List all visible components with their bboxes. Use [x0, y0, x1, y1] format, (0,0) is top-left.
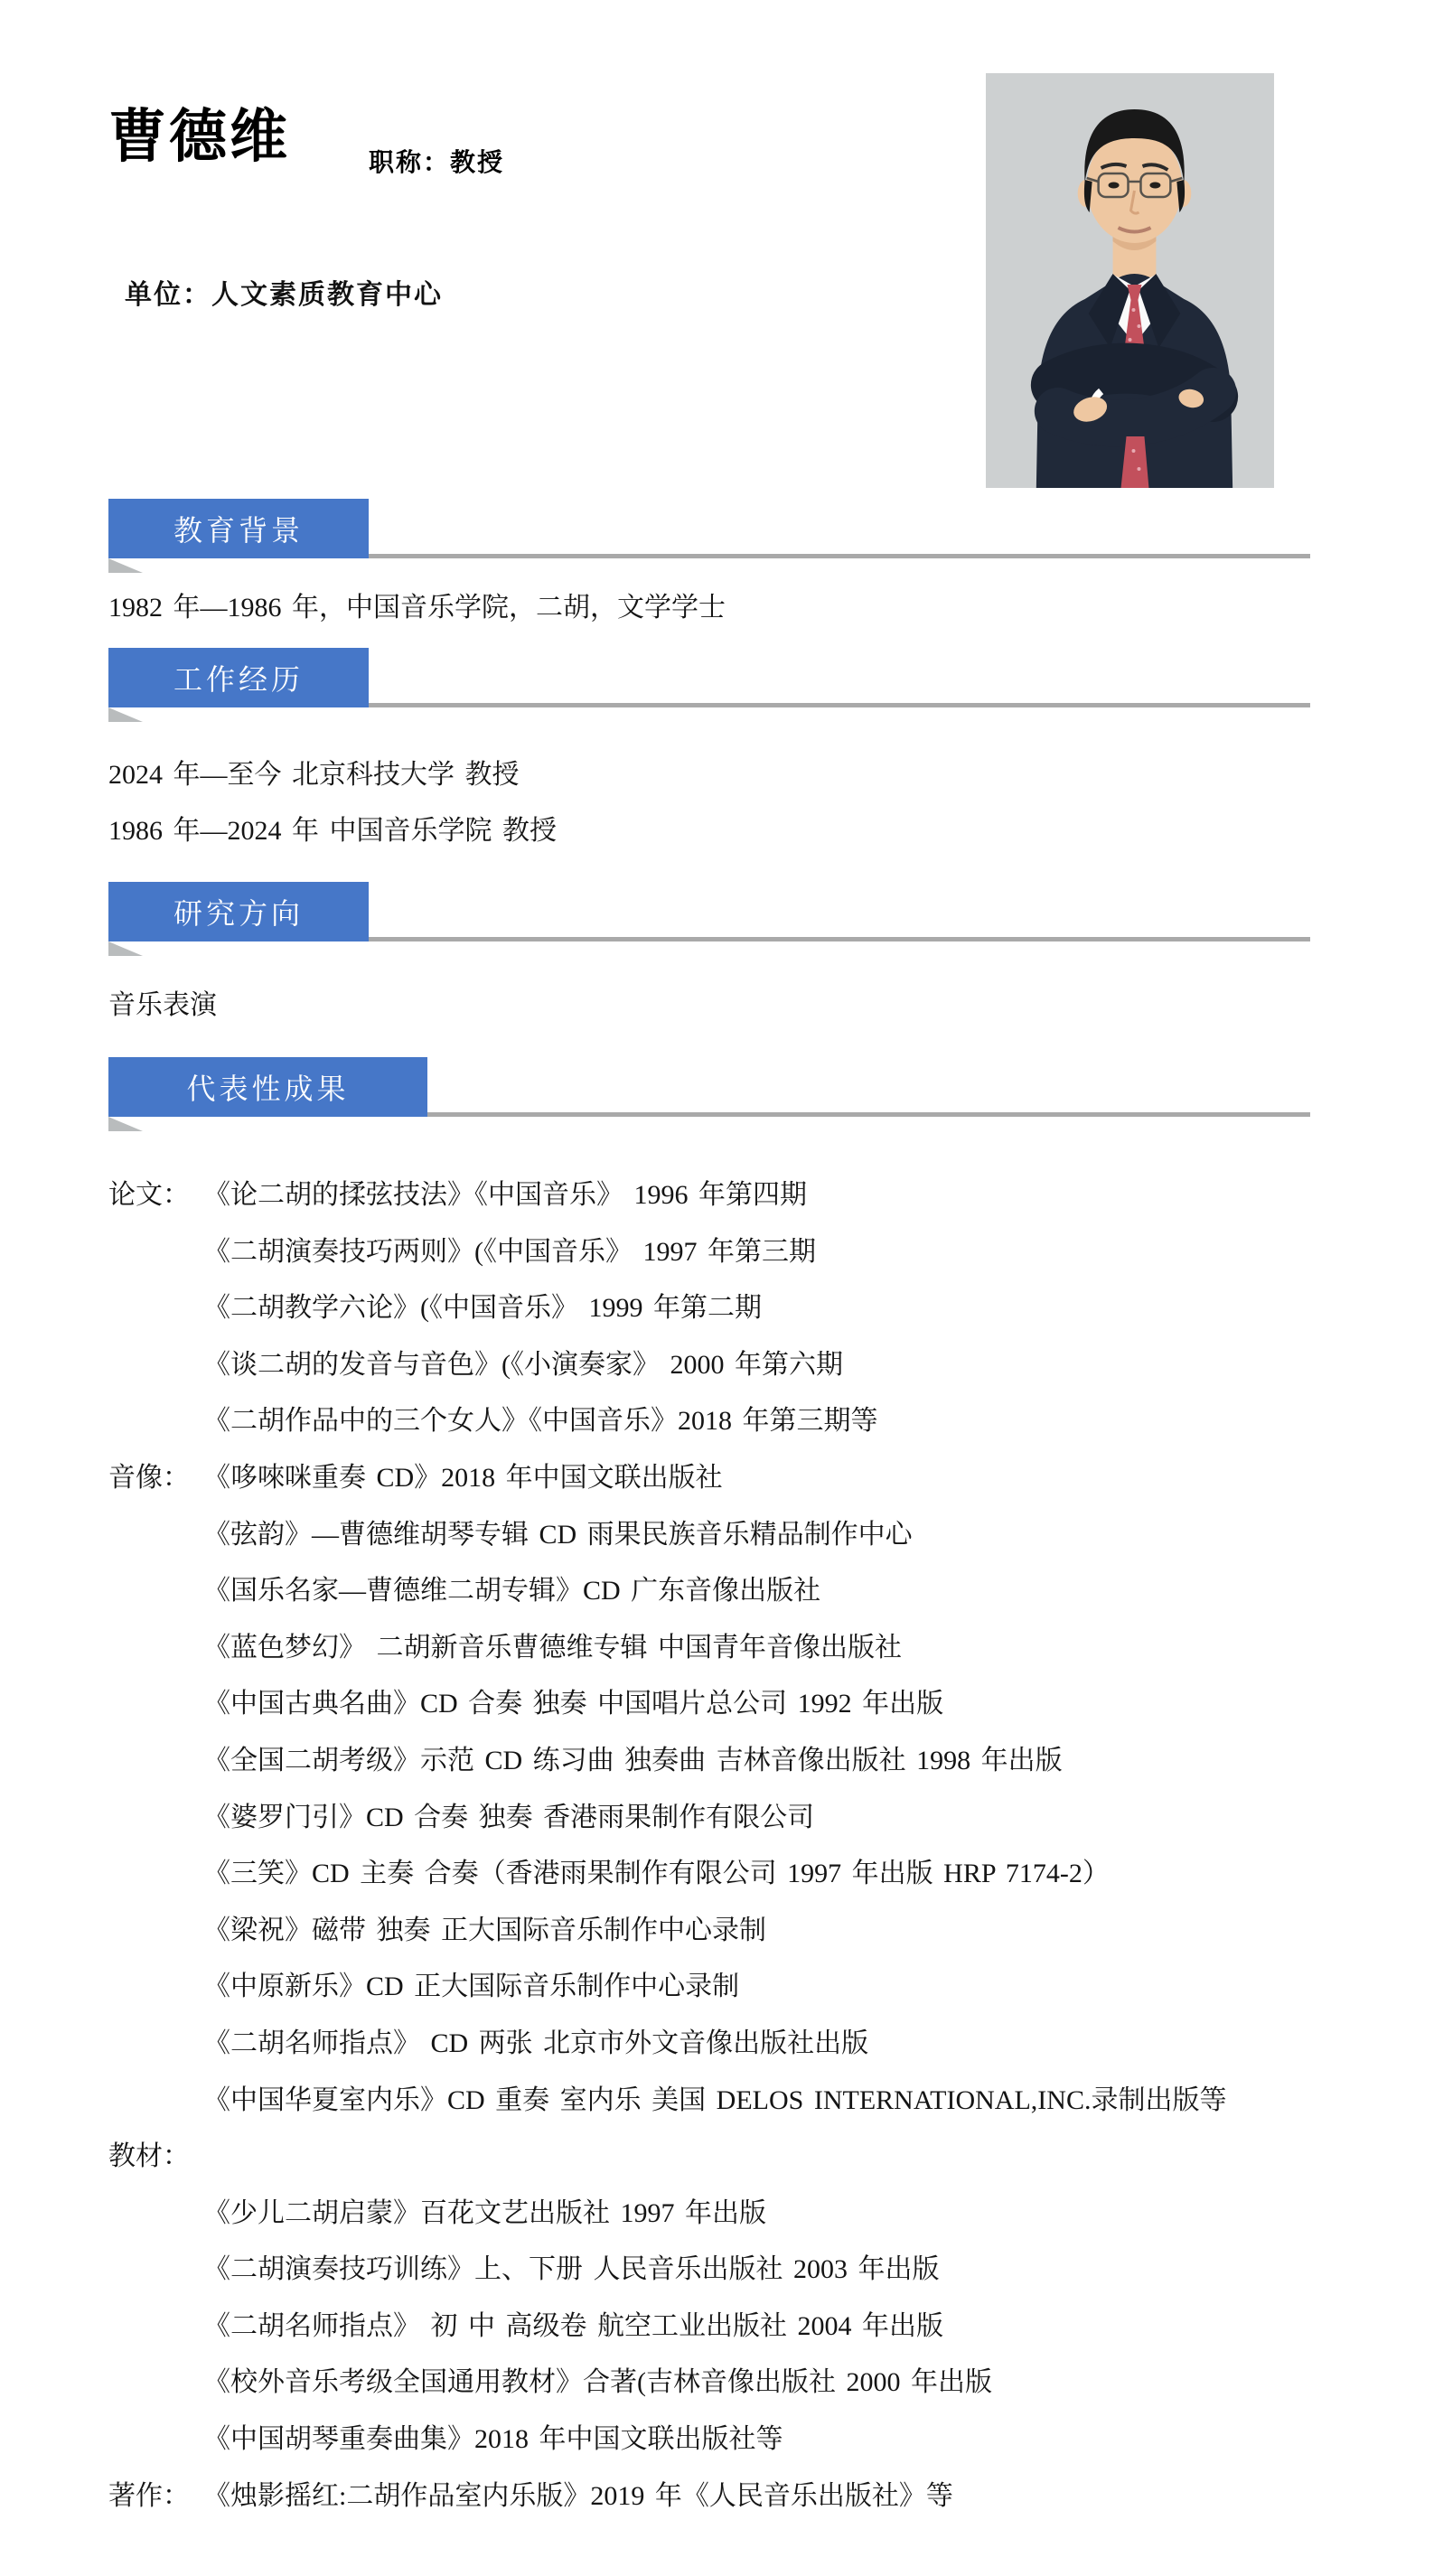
section-heading: 工作经历	[173, 657, 304, 698]
line-text: 《二胡名师指点》 CD 两张 北京市外文音像出版社出版	[203, 2028, 868, 2058]
section-banner: 工作经历	[108, 648, 1310, 707]
content-line: 2024 年—至今 北京科技大学 教授	[108, 759, 1337, 815]
content-line: 《二胡演奏技巧训练》上、下册 人民音乐出版社 2003 年出版	[108, 2253, 1337, 2310]
section-heading: 教育背景	[173, 508, 304, 549]
category-label: 教材：	[108, 2140, 203, 2173]
section-banner: 研究方向	[108, 882, 1310, 941]
corner-fold-icon	[108, 558, 143, 573]
corner-fold-icon	[108, 941, 143, 956]
content-line: 《二胡作品中的三个女人》《中国音乐》2018 年第三期等	[108, 1405, 1337, 1462]
section-heading: 研究方向	[173, 891, 304, 932]
line-text: 《婆罗门引》CD 合奏 独奏 香港雨果制作有限公司	[203, 1803, 814, 1832]
line-text: 1982 年—1986 年，中国音乐学院，二胡，文学学士	[108, 593, 726, 623]
line-text: 《三笑》CD 主奏 合奏（香港雨果制作有限公司 1997 年出版 HRP 717…	[203, 1859, 1110, 1888]
content-line: 《少儿二胡启蒙》百花文艺出版社 1997 年出版	[108, 2197, 1337, 2254]
line-text: 《少儿二胡启蒙》百花文艺出版社 1997 年出版	[203, 2198, 766, 2228]
line-text: 《二胡演奏技巧两则》(《中国音乐》 1997 年第三期	[203, 1237, 816, 1267]
content-line: 《中国华夏室内乐》CD 重奏 室内乐 美国 DELOS INTERNATIONA…	[108, 2084, 1337, 2141]
content-line: 1986 年—2024 年 中国音乐学院 教授	[108, 815, 1337, 871]
banner-bar: 工作经历	[108, 648, 369, 707]
line-text: 《校外音乐考级全国通用教材》合著(吉林音像出版社 2000 年出版	[203, 2367, 992, 2397]
content-line: 音像：《哆唻咪重奏 CD》2018 年中国文联出版社	[108, 1462, 1337, 1519]
content-line: 《蓝色梦幻》 二胡新音乐曹德维专辑 中国青年音像出版社	[108, 1632, 1337, 1689]
line-text: 《国乐名家—曹德维二胡专辑》CD 广东音像出版社	[203, 1576, 820, 1606]
content-line: 《婆罗门引》CD 合奏 独奏 香港雨果制作有限公司	[108, 1802, 1337, 1859]
person-name: 曹德维	[108, 105, 290, 168]
line-text: 《二胡作品中的三个女人》《中国音乐》2018 年第三期等	[203, 1406, 878, 1436]
line-text: 《谈二胡的发音与音色》(《小演奏家》 2000 年第六期	[203, 1350, 843, 1380]
line-text: 《烛影摇红:二胡作品室内乐版》2019 年《人民音乐出版社》等	[203, 2481, 953, 2511]
section-content: 论文：《论二胡的揉弦技法》《中国音乐》 1996 年第四期《二胡演奏技巧两则》(…	[108, 1179, 1337, 2536]
line-text: 《全国二胡考级》示范 CD 练习曲 独奏曲 吉林音像出版社 1998 年出版	[203, 1746, 1063, 1775]
line-text: 《中国古典名曲》CD 合奏 独奏 中国唱片总公司 1992 年出版	[203, 1689, 943, 1719]
content-line: 教材：	[108, 2140, 1337, 2197]
content-line: 《校外音乐考级全国通用教材》合著(吉林音像出版社 2000 年出版	[108, 2366, 1337, 2423]
content-line: 《三笑》CD 主奏 合奏（香港雨果制作有限公司 1997 年出版 HRP 717…	[108, 1858, 1337, 1915]
banner-bar: 教育背景	[108, 499, 369, 558]
line-text: 《哆唻咪重奏 CD》2018 年中国文联出版社	[203, 1463, 723, 1493]
line-text: 音乐表演	[108, 990, 217, 1020]
content-line: 《二胡演奏技巧两则》(《中国音乐》 1997 年第三期	[108, 1236, 1337, 1293]
line-text: 《二胡名师指点》 初 中 高级卷 航空工业出版社 2004 年出版	[203, 2311, 943, 2341]
line-text: 《二胡演奏技巧训练》上、下册 人民音乐出版社 2003 年出版	[203, 2254, 940, 2284]
section-banner: 代表性成果	[108, 1057, 1310, 1117]
unit: 单位：人文素质教育中心	[125, 272, 443, 312]
corner-fold-icon	[108, 707, 143, 722]
line-text: 《中国胡琴重奏曲集》2018 年中国文联出版社等	[203, 2424, 783, 2454]
section-content: 音乐表演	[108, 989, 1337, 1045]
line-text: 2024 年—至今 北京科技大学 教授	[108, 760, 520, 790]
banner-bar: 研究方向	[108, 882, 369, 941]
line-text: 《二胡教学六论》(《中国音乐》 1999 年第二期	[203, 1293, 762, 1323]
content-line: 《二胡名师指点》 初 中 高级卷 航空工业出版社 2004 年出版	[108, 2310, 1337, 2367]
content-line: 《中国胡琴重奏曲集》2018 年中国文联出版社等	[108, 2423, 1337, 2480]
content-line: 论文：《论二胡的揉弦技法》《中国音乐》 1996 年第四期	[108, 1179, 1337, 1236]
section-heading: 代表性成果	[186, 1066, 349, 1108]
content-line: 1982 年—1986 年，中国音乐学院，二胡，文学学士	[108, 592, 1337, 648]
line-text: 《弦韵》—曹德维胡琴专辑 CD 雨果民族音乐精品制作中心	[203, 1520, 913, 1550]
line-text: 《论二胡的揉弦技法》《中国音乐》 1996 年第四期	[203, 1180, 807, 1210]
section-banner: 教育背景	[108, 499, 1310, 558]
job-title: 职称：教授	[369, 143, 504, 179]
line-text: 1986 年—2024 年 中国音乐学院 教授	[108, 816, 557, 846]
content-line: 《谈二胡的发音与音色》(《小演奏家》 2000 年第六期	[108, 1349, 1337, 1406]
content-line: 《梁祝》磁带 独奏 正大国际音乐制作中心录制	[108, 1915, 1337, 1972]
content-line: 《二胡名师指点》 CD 两张 北京市外文音像出版社出版	[108, 2028, 1337, 2084]
content-line: 《全国二胡考级》示范 CD 练习曲 独奏曲 吉林音像出版社 1998 年出版	[108, 1745, 1337, 1802]
section-content: 1982 年—1986 年，中国音乐学院，二胡，文学学士	[108, 592, 1337, 648]
line-text: 《中原新乐》CD 正大国际音乐制作中心录制	[203, 1972, 739, 2001]
content-line: 《国乐名家—曹德维二胡专辑》CD 广东音像出版社	[108, 1575, 1337, 1632]
line-text: 《中国华夏室内乐》CD 重奏 室内乐 美国 DELOS INTERNATIONA…	[203, 2085, 1226, 2115]
category-label: 论文：	[108, 1179, 203, 1212]
line-text: 《蓝色梦幻》 二胡新音乐曹德维专辑 中国青年音像出版社	[203, 1633, 902, 1663]
content-line: 著作：《烛影摇红:二胡作品室内乐版》2019 年《人民音乐出版社》等	[108, 2480, 1337, 2537]
content-line: 《中原新乐》CD 正大国际音乐制作中心录制	[108, 1971, 1337, 2028]
corner-fold-icon	[108, 1117, 143, 1131]
faculty-profile-page: 曹德维 职称：教授 单位：人文素质教育中心	[0, 0, 1434, 2576]
category-label: 音像：	[108, 1462, 203, 1494]
category-label: 著作：	[108, 2480, 203, 2513]
section-content: 2024 年—至今 北京科技大学 教授1986 年—2024 年 中国音乐学院 …	[108, 759, 1337, 871]
content-line: 《弦韵》—曹德维胡琴专辑 CD 雨果民族音乐精品制作中心	[108, 1519, 1337, 1576]
content-line: 《中国古典名曲》CD 合奏 独奏 中国唱片总公司 1992 年出版	[108, 1688, 1337, 1745]
content-line: 音乐表演	[108, 989, 1337, 1045]
line-text: 《梁祝》磁带 独奏 正大国际音乐制作中心录制	[203, 1916, 766, 1945]
content-line: 《二胡教学六论》(《中国音乐》 1999 年第二期	[108, 1292, 1337, 1349]
portrait-photo	[986, 73, 1274, 488]
portrait-illustration	[986, 73, 1274, 488]
banner-bar: 代表性成果	[108, 1057, 427, 1117]
